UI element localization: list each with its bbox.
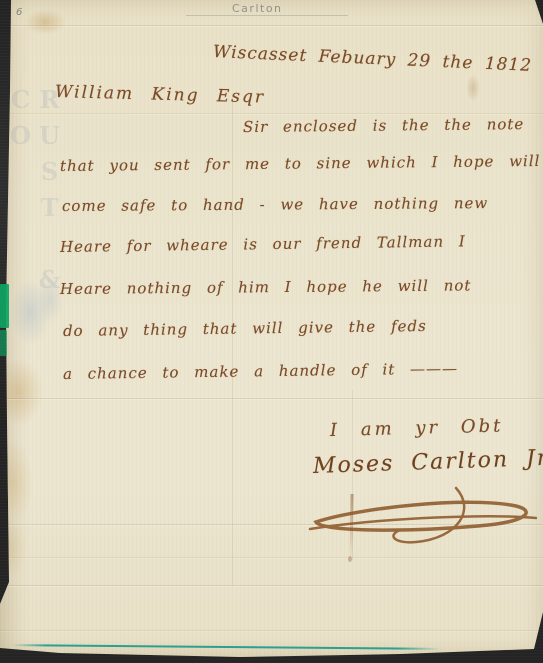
scan-background: RUST & CO 6 Carlton Wiscasset Febuary 29… [0,0,543,663]
ink-dribble-dot [348,556,352,562]
letter-body-line: Heare nothing of him I hope he will not [60,276,472,298]
letter-recipient: William King Esqr [55,82,266,107]
letter-body-line: Sir enclosed is the the note [243,115,524,136]
fold-crease [0,585,543,586]
green-tape-mark [0,330,7,356]
pencil-docket-name: Carlton [232,2,283,15]
letter-page: RUST & CO 6 Carlton Wiscasset Febuary 29… [0,0,543,663]
fold-crease [0,557,543,558]
fold-crease [0,398,543,399]
green-tape-mark [0,284,9,328]
letter-body-line: that you sent for me to sine which I hop… [60,152,541,175]
letter-body-line: Heare for wheare is our frend Tallman I [60,232,466,256]
fold-crease [0,113,543,114]
signature-flourish [308,486,540,548]
pencil-page-number: 6 [16,7,22,18]
watermark-bleedthrough: RUST & CO [6,85,64,395]
fold-crease [0,630,543,631]
letter-dateline: Wiscasset Febuary 29 the 1812 [213,42,533,76]
pencil-underline [186,15,348,16]
letter-body-line: come safe to hand - we have nothing new [62,194,488,215]
letter-body-line: a chance to make a handle of it ——— [63,359,458,383]
letter-body-line: do any thing that will give the feds [63,317,427,340]
letter-closing: I am yr Obt [330,415,504,441]
letter-signature: Moses Carlton Jr [313,446,543,479]
fold-crease [0,25,543,26]
